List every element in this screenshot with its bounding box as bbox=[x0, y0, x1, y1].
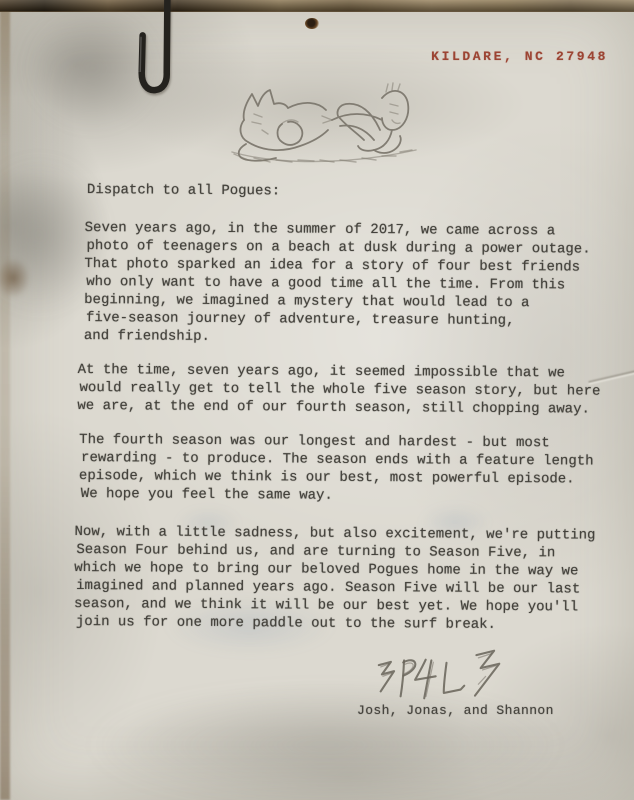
cat-and-monkey-sketch bbox=[224, 80, 424, 168]
letter-paragraph: Now, with a little sadness, but also exc… bbox=[74, 523, 612, 635]
letter-paragraph: Seven years ago, in the summer of 2017, … bbox=[84, 219, 614, 349]
letter-photo: KILDARE, NC 27948 Dispatch to all Pogues… bbox=[0, 0, 634, 800]
paper-left-edge bbox=[0, 0, 10, 800]
paper-top-edge bbox=[0, 0, 634, 12]
rust-hole bbox=[305, 18, 319, 29]
letter-line: join us for one more paddle out to the s… bbox=[76, 613, 611, 635]
letterhead-location: KILDARE, NC 27948 bbox=[431, 49, 608, 64]
letter-paragraph: The fourth season was our longest and ha… bbox=[79, 431, 612, 507]
letter-line: we are, at the end of our fourth season,… bbox=[77, 397, 612, 419]
signature-names: Josh, Jonas, and Shannon bbox=[357, 703, 554, 718]
paperclip bbox=[126, 0, 184, 102]
salutation: Dispatch to all Pogues: bbox=[87, 181, 614, 203]
letter-body: Dispatch to all Pogues: Seven years ago,… bbox=[76, 181, 614, 651]
letter-line: and friendship. bbox=[84, 327, 613, 349]
letter-paragraph: At the time, seven years ago, it seemed … bbox=[77, 361, 612, 419]
p4l-signature-mark bbox=[365, 643, 527, 707]
letter-line: We hope you feel the same way. bbox=[81, 485, 612, 507]
